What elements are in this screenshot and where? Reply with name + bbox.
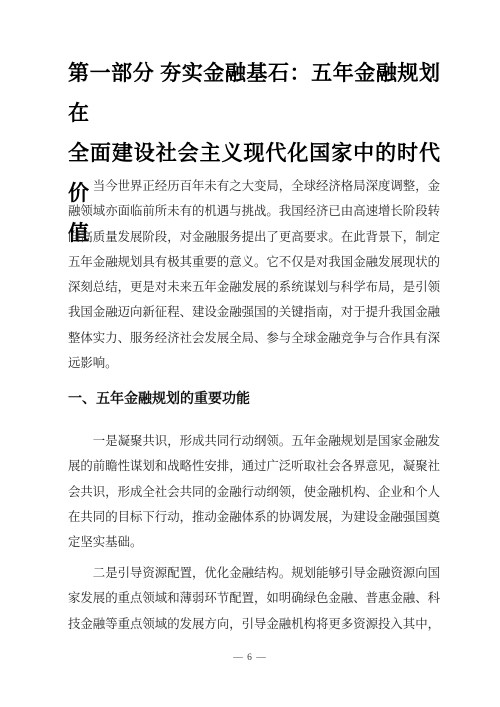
paragraph-point-2: 二是引导资源配置，优化金融结构。规划能够引导金融资源向国 家发展的重点领域和薄弱… [68, 561, 440, 637]
section-heading: 一、五年金融规划的重要功能 [68, 388, 440, 408]
body-line: 五年金融规划具有极其重要的意义。它不仅是对我国金融发展现状的 [68, 250, 440, 275]
body-line: 融领域亦面临前所未有的机遇与挑战。我国经济已由高速增长阶段转 [68, 199, 440, 224]
body-line: 我国金融迈向新征程、建设金融强国的关键指南，对于提升我国金融 [68, 300, 440, 325]
body-line: 会共识，形成全社会共同的金融行动纲领，使金融机构、企业和个人 [68, 480, 440, 505]
body-line: 展的前瞻性谋划和战略性安排，通过广泛听取社会各界意见，凝聚社 [68, 454, 440, 479]
document-page: 第一部分 夯实金融基石：五年金融规划在 全面建设社会主义现代化国家中的时代价 值… [0, 0, 500, 707]
body-line: 一是凝聚共识，形成共同行动纲领。五年金融规划是国家金融发 [68, 429, 440, 454]
body-line: 整体实力、服务经济社会发展全局、参与全球金融竞争与合作具有深 [68, 326, 440, 351]
body-line: 向高质量发展阶段，对金融服务提出了更高要求。在此背景下，制定 [68, 225, 440, 250]
paragraph-point-1: 一是凝聚共识，形成共同行动纲领。五年金融规划是国家金融发 展的前瞻性谋划和战略性… [68, 429, 440, 555]
body-line: 定坚实基础。 [68, 530, 440, 555]
body-line: 技金融等重点领域的发展方向，引导金融机构将更多资源投入其中， [68, 612, 440, 637]
body-line: 在共同的目标下行动，推动金融体系的协调发展，为建设金融强国奠 [68, 505, 440, 530]
page-number: — 6 — [0, 653, 500, 663]
body-line: 当今世界正经历百年未有之大变局，全球经济格局深度调整，金 [68, 174, 440, 199]
body-line: 远影响。 [68, 351, 440, 376]
title-line: 第一部分 夯实金融基石：五年金融规划在 [68, 53, 440, 133]
paragraph-intro: 当今世界正经历百年未有之大变局，全球经济格局深度调整，金 融领域亦面临前所未有的… [68, 174, 440, 376]
body-line: 家发展的重点领域和薄弱环节配置，如明确绿色金融、普惠金融、科 [68, 586, 440, 611]
body-line: 深刻总结，更是对未来五年金融发展的系统谋划与科学布局，是引领 [68, 275, 440, 300]
body-line: 二是引导资源配置，优化金融结构。规划能够引导金融资源向国 [68, 561, 440, 586]
